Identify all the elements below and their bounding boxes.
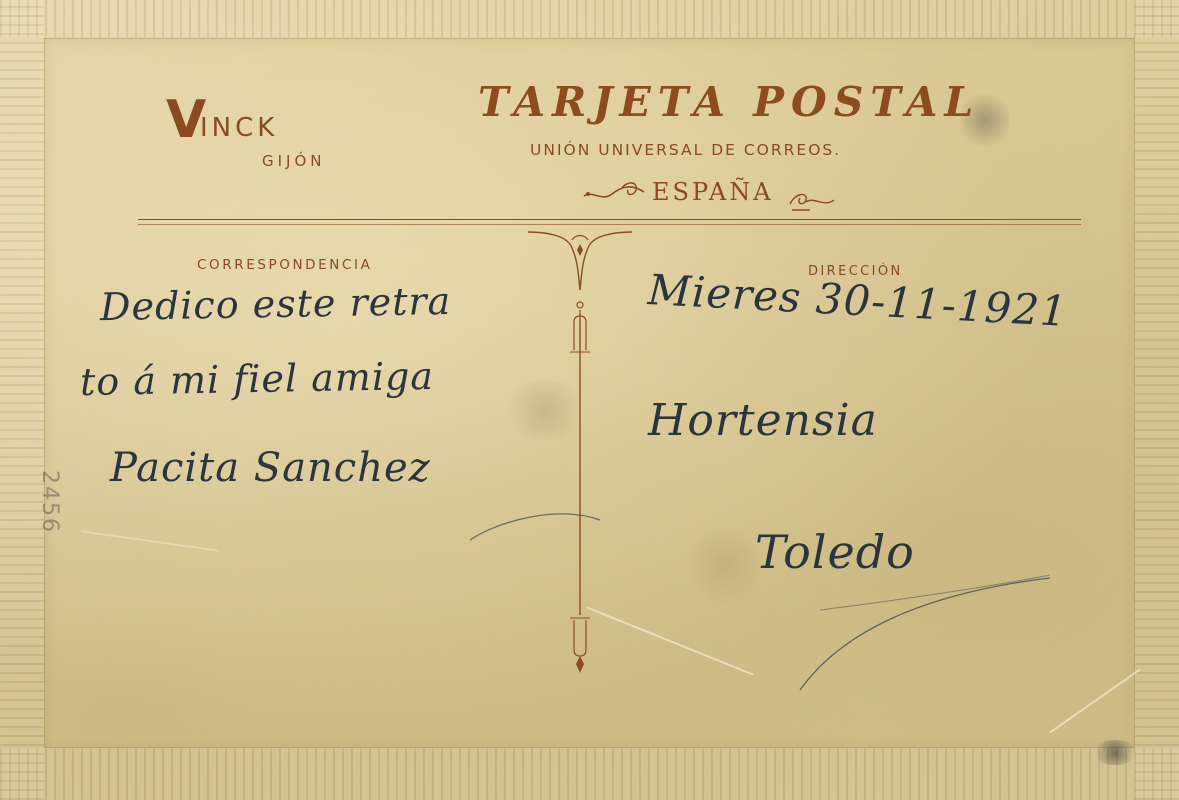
address-underline [0,0,1179,800]
postcard-back: V INCK GIJÓN TARJETA POSTAL UNIÓN UNIVER… [0,0,1179,800]
pencil-inventory-note: 2456 [37,470,62,534]
